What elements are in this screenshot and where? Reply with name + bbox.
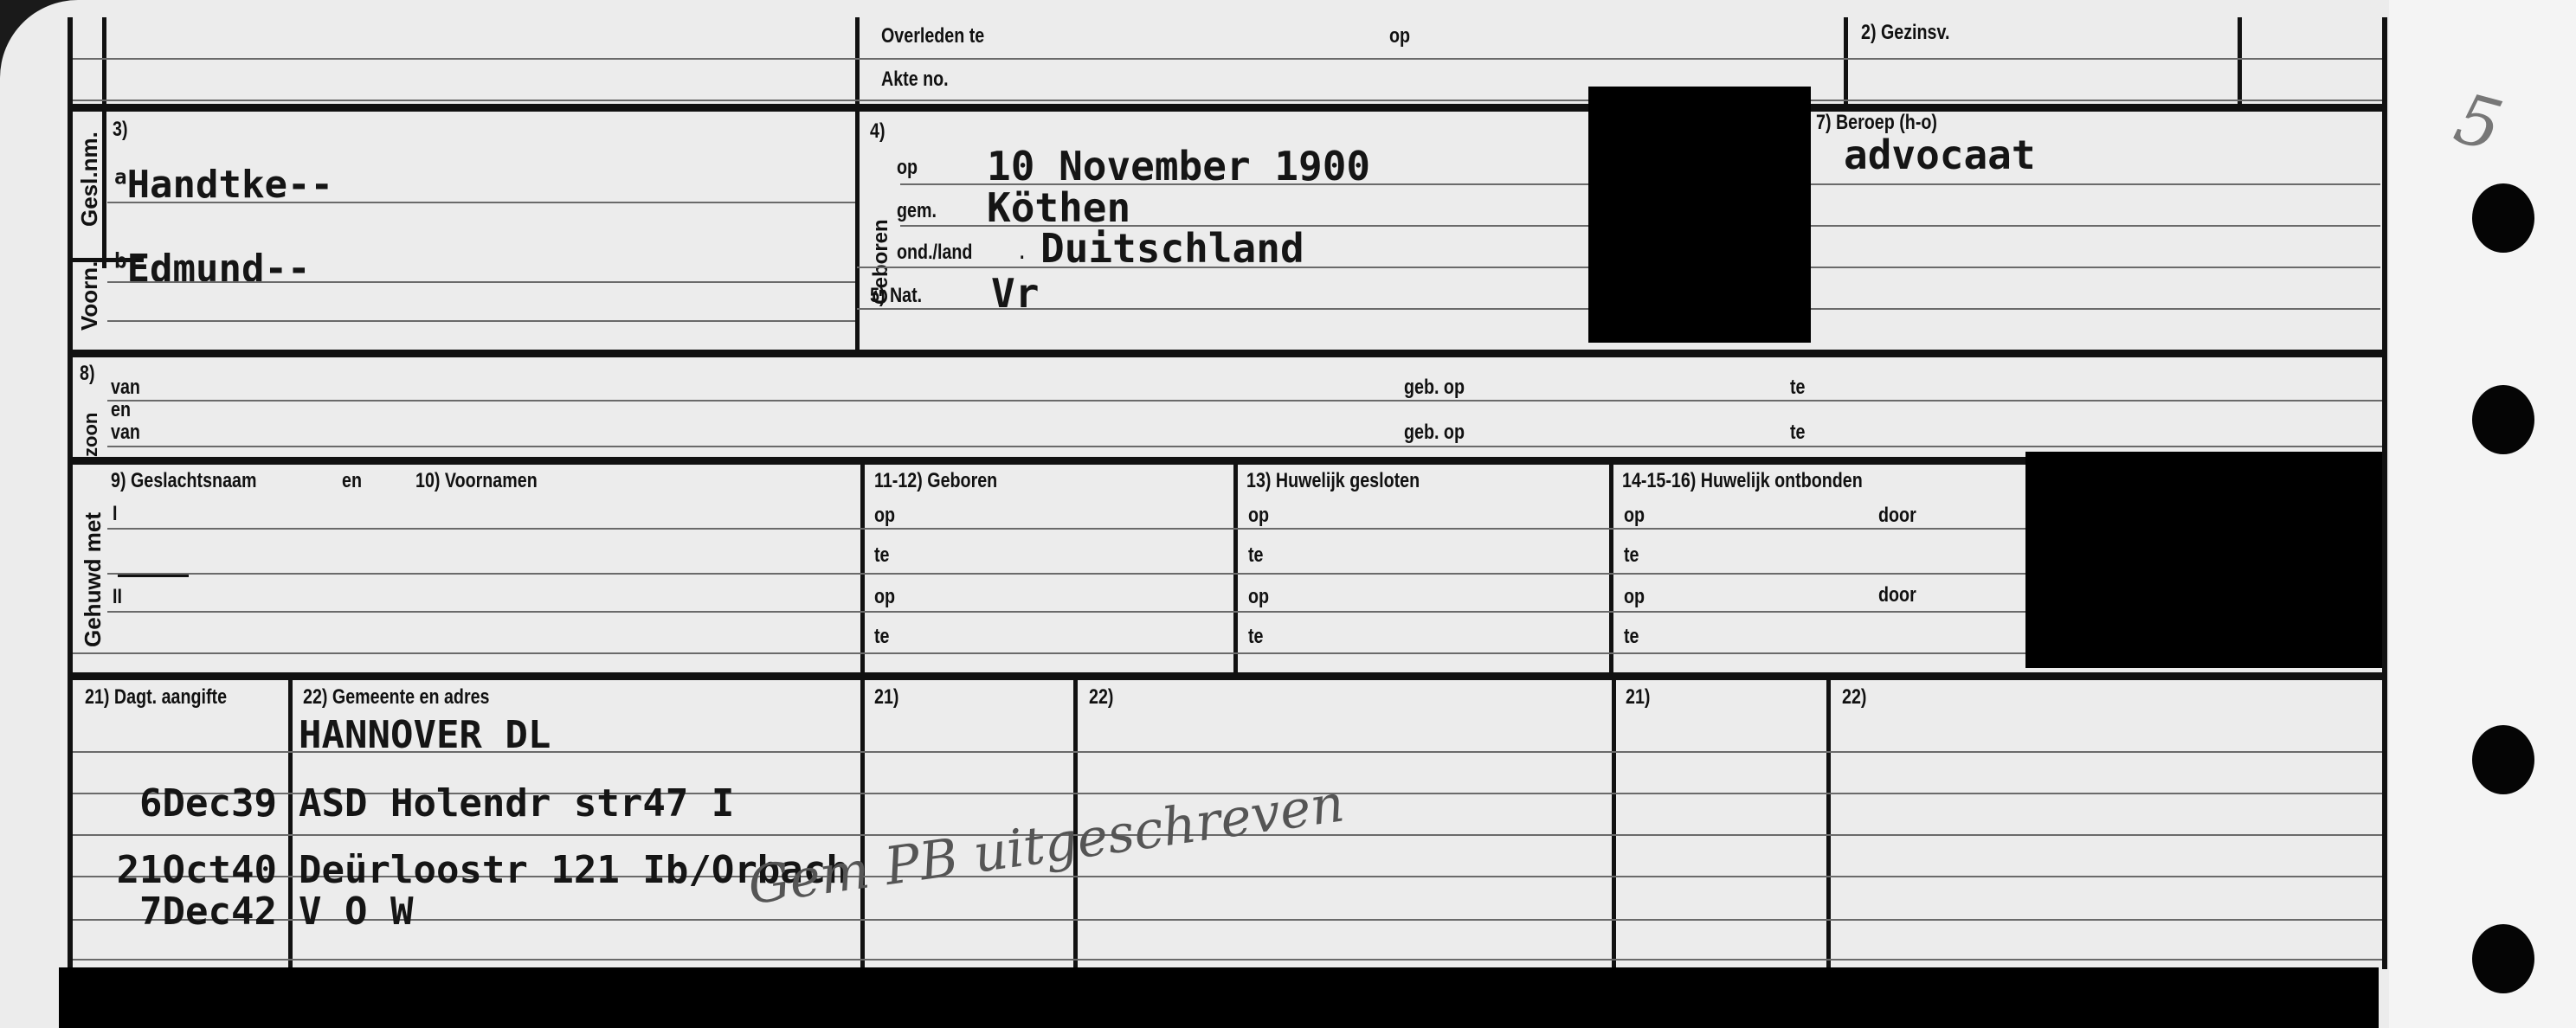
col-c22-header: 22) (1842, 685, 1866, 710)
divider-col-birth (855, 17, 860, 355)
spouse-row-ii: II (113, 585, 122, 609)
gezinsv-label: 2) Gezinsv. (1861, 21, 1949, 45)
section-divider (69, 350, 2386, 357)
redacted-block (59, 967, 2379, 1028)
address-entry: V O W (299, 890, 413, 934)
father-te-label: te (1790, 376, 1806, 400)
dissolved-door-1: door (1878, 504, 1916, 528)
rule (73, 959, 2382, 961)
address-date: 21Oct40 (87, 848, 277, 892)
firstname-text: Edmund-- (127, 247, 311, 291)
mother-van-label: van (111, 421, 140, 445)
firstname-value: bEdmund-- (114, 247, 310, 291)
parents-en-label: en (111, 398, 131, 422)
side-label-surname: Gesl.nm. (76, 132, 103, 227)
overleden-te-label: Overleden te (881, 24, 984, 48)
rule (73, 919, 2382, 921)
address-date: 7Dec42 (116, 890, 277, 934)
divider-col-b21 (860, 680, 865, 974)
field-8-number: 8) (80, 362, 95, 386)
born-te-1: te (874, 543, 890, 568)
rule (107, 528, 2025, 530)
marriage-header: 13) Huwelijk gesloten (1246, 469, 1420, 493)
dissolved-te-2: te (1624, 625, 1639, 649)
born-te-2: te (874, 625, 890, 649)
marriage-te-1: te (1248, 543, 1264, 568)
born-op-1: op (874, 504, 895, 528)
father-geb-op-label: geb. op (1404, 376, 1465, 400)
address-header: 22) Gemeente en adres (303, 685, 489, 710)
punch-hole (2472, 924, 2534, 993)
mother-geb-op-label: geb. op (1404, 421, 1465, 445)
spouse-row-i: I (113, 502, 117, 526)
field-3-number: 3) (113, 118, 128, 142)
divider-dissolved (1609, 464, 1613, 680)
side-label-firstname: Voorn. (76, 261, 103, 331)
rule (107, 400, 2382, 402)
divider-col-c22 (1826, 680, 1831, 974)
redacted-block (1588, 87, 1811, 343)
rule (107, 281, 855, 283)
col-b22-header: 22) (1089, 685, 1113, 710)
surname-value: aHandtke-- (114, 163, 333, 207)
birth-country: Duitschland (1040, 225, 1304, 272)
field-4-number: 4) (870, 119, 885, 144)
dissolved-header: 14-15-16) Huwelijk ontbonden (1622, 469, 1863, 493)
rule (73, 58, 2382, 60)
side-label-gehuwd-met: Gehuwd met (80, 512, 106, 647)
date-header: 21) Dagt. aangifte (85, 685, 227, 710)
divider-gezinsv-left (1844, 17, 1848, 108)
marriage-op-2: op (1248, 585, 1269, 609)
rule (107, 202, 855, 203)
akte-no-label: Akte no. (881, 67, 949, 92)
rule (107, 320, 855, 322)
birth-country-dot: . (1020, 241, 1024, 265)
birth-op-label: op (897, 156, 918, 180)
section-divider (69, 672, 2386, 680)
birth-country-label: ond./land (897, 241, 972, 265)
rule (107, 573, 2025, 575)
rule (73, 100, 2382, 101)
birth-date: 10 November 1900 (987, 143, 1370, 190)
divider-gezinsv-right (2238, 17, 2242, 108)
punch-hole (2472, 183, 2534, 253)
handwritten-note: Gem PB uitgeschreven (744, 773, 1348, 916)
punch-hole (2472, 385, 2534, 454)
divider-marriage (1233, 464, 1238, 680)
birth-gem-label: gem. (897, 199, 937, 223)
birth-place: Köthen (987, 184, 1130, 231)
frame-left-border (68, 17, 73, 969)
rule (73, 652, 2025, 654)
col-b21-header: 21) (874, 685, 898, 710)
nationality-label: 5) Nat. (870, 284, 922, 308)
side-label-zoon: zoon (80, 413, 102, 457)
punch-hole (2472, 725, 2534, 794)
surname-marker: a (114, 164, 127, 189)
occupation-value: advocaat (1844, 132, 2036, 178)
rule (107, 611, 2025, 613)
col-c21-header: 21) (1626, 685, 1650, 710)
divider-born (860, 464, 865, 680)
redacted-block (2025, 452, 2382, 668)
mother-te-label: te (1790, 421, 1806, 445)
rule (107, 446, 2382, 447)
born-op-2: op (874, 585, 895, 609)
spouse-name-header: 9) Geslachtsnaam (111, 469, 256, 493)
overleden-op-label: op (1389, 24, 1410, 48)
address-entry: HANNOVER DL (299, 713, 551, 757)
spouse-firstname-header: 10) Voornamen (415, 469, 538, 493)
dissolved-op-1: op (1624, 504, 1645, 528)
surname-text: Handtke-- (127, 163, 333, 207)
registration-card: Overleden te op Akte no. 2) Gezinsv. Ges… (0, 0, 2576, 1028)
father-van-label: van (111, 376, 140, 400)
dissolved-door-2: door (1878, 583, 1916, 607)
marriage-op-1: op (1248, 504, 1269, 528)
address-entry: ASD Holendr str47 I (299, 781, 734, 826)
divider-col-c21 (1612, 680, 1616, 974)
dissolved-op-2: op (1624, 585, 1645, 609)
section-divider (69, 104, 2386, 112)
marriage-te-2: te (1248, 625, 1264, 649)
address-date: 6Dec39 (116, 781, 277, 826)
divider-date-addr (288, 680, 293, 974)
dissolved-te-1: te (1624, 543, 1639, 568)
born-header: 11-12) Geboren (874, 469, 997, 493)
firstname-marker: b (114, 248, 127, 273)
spouse-en-header: en (342, 469, 362, 493)
frame-right-border (2382, 17, 2387, 969)
